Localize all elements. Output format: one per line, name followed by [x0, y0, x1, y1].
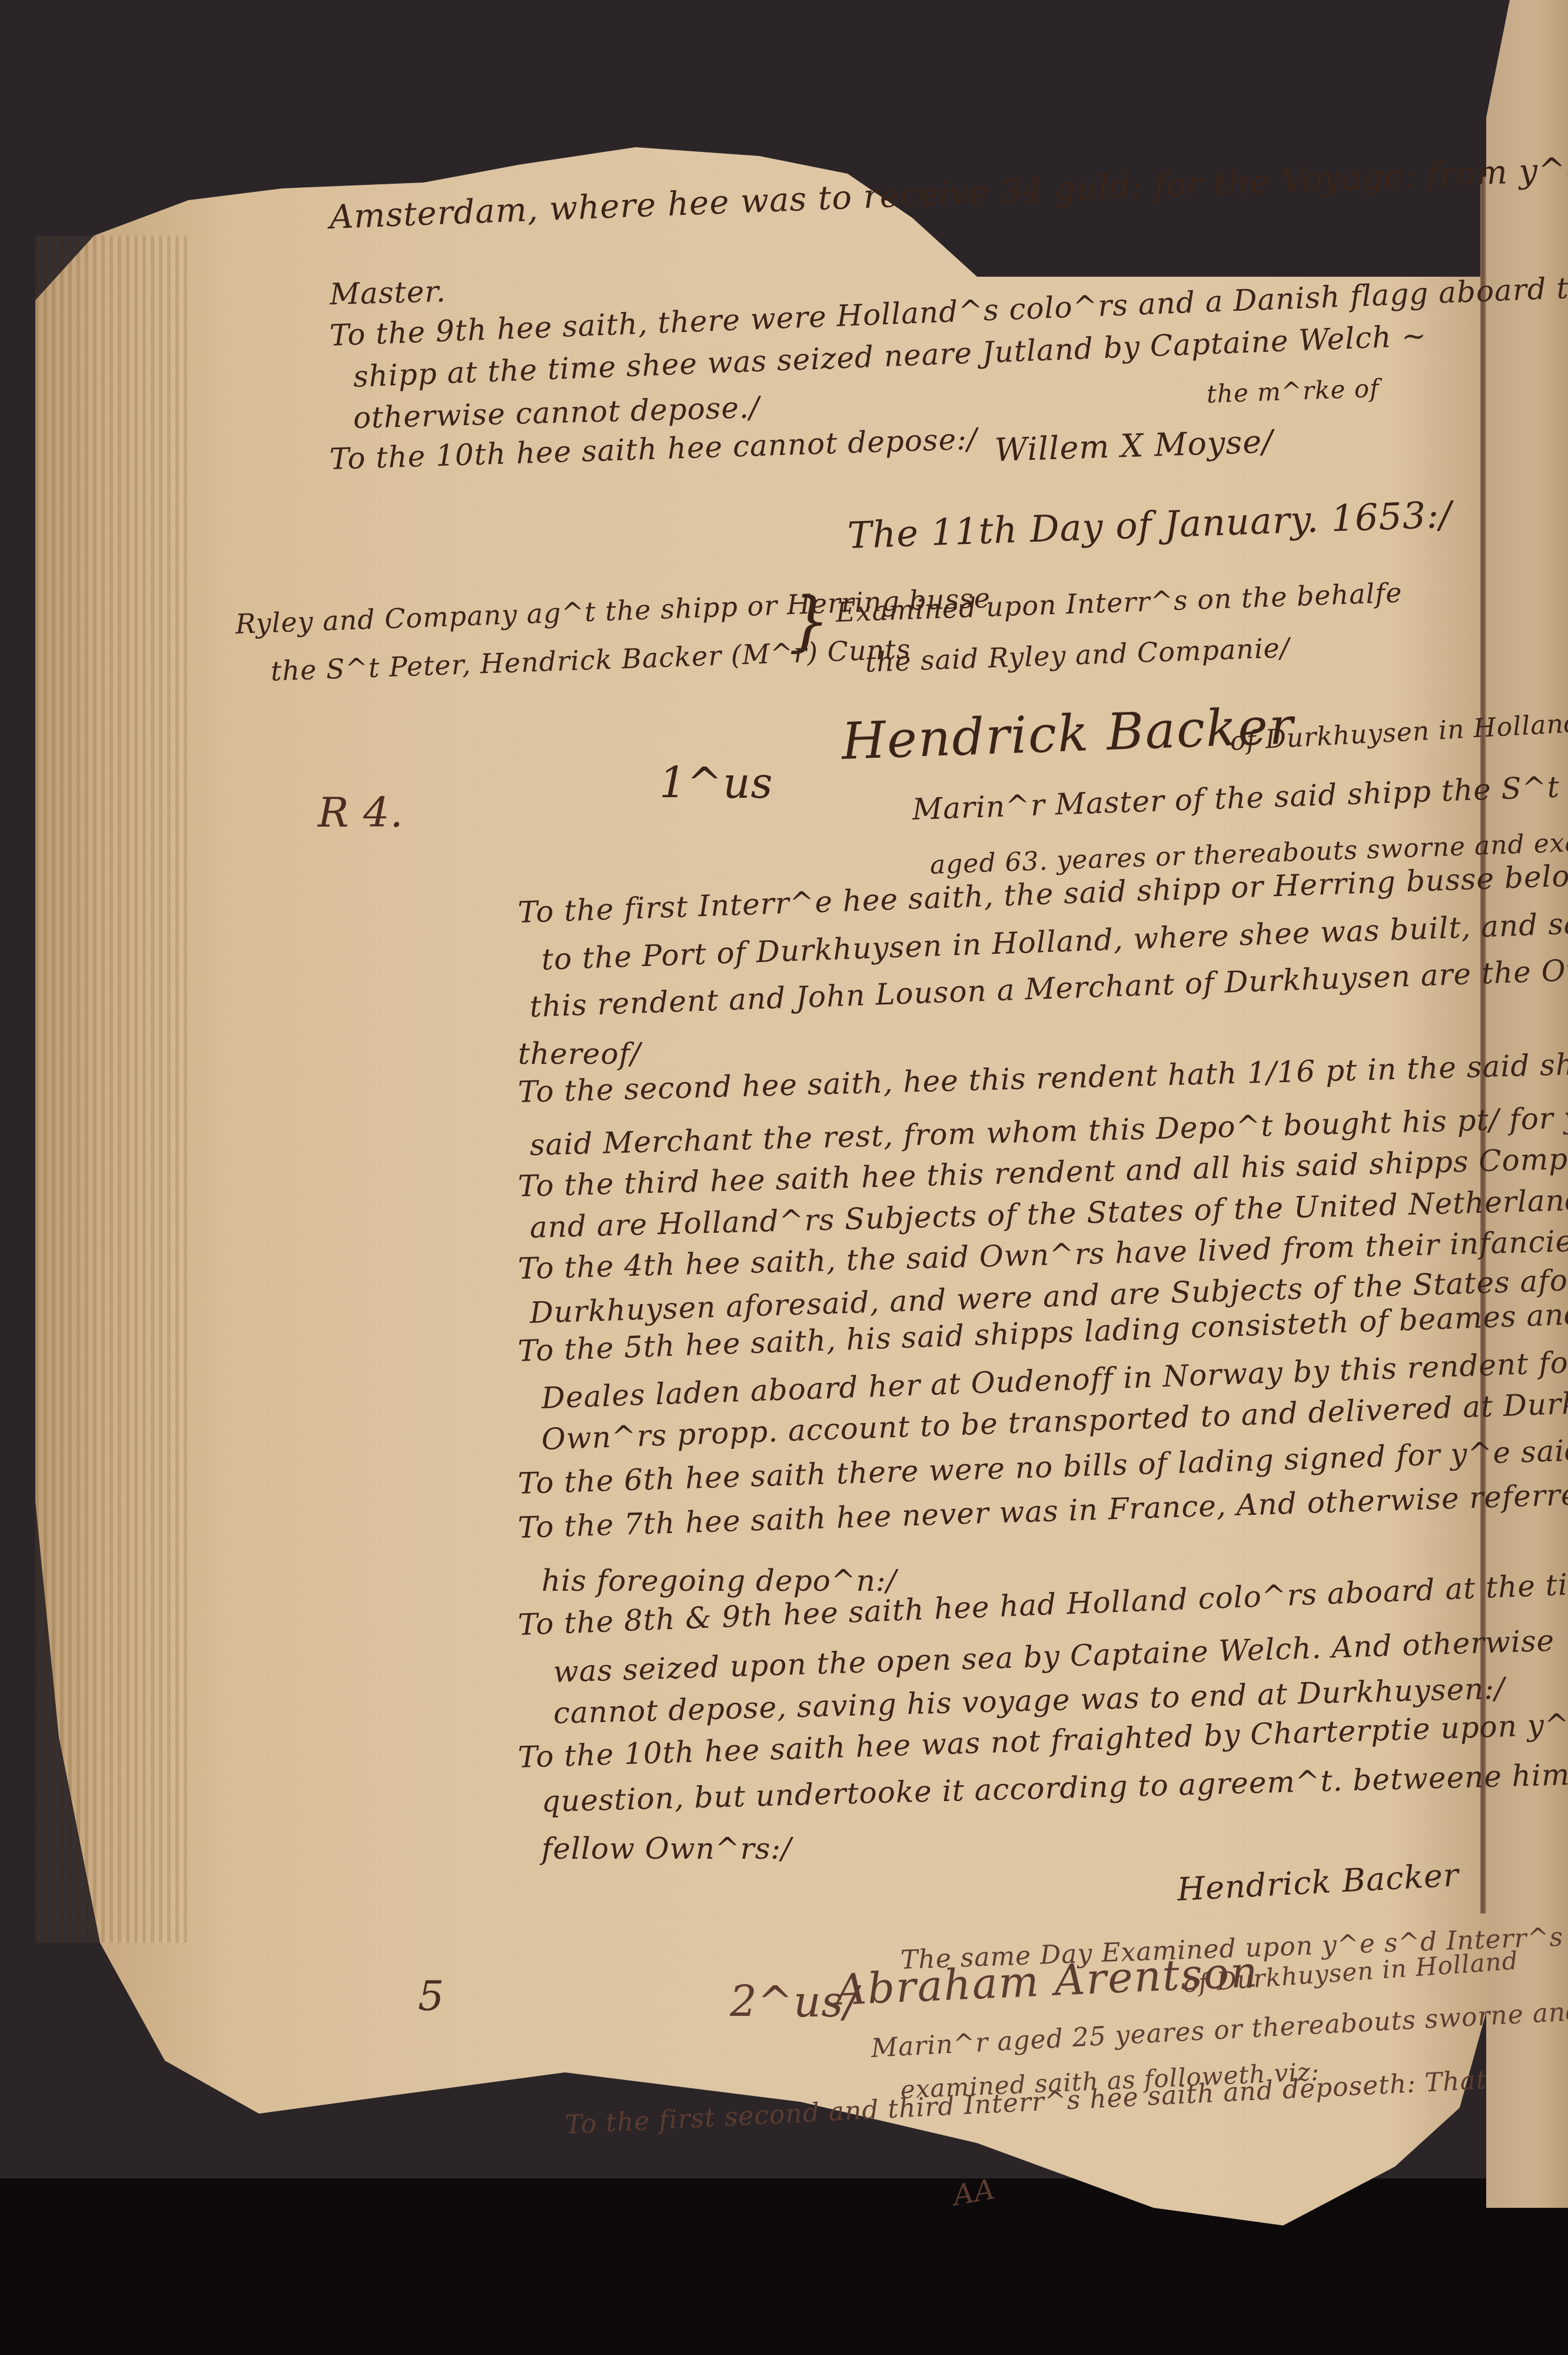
answer-line: thereof/ — [518, 1036, 641, 1072]
signature-willem-moyse: Willem X Moyse/ — [994, 424, 1274, 468]
witness-1-ordinal: 1^us — [659, 765, 773, 801]
witness-1-name: Hendrick Backer — [841, 708, 1295, 759]
answer-line: his foregoing depo^n:/ — [542, 1563, 897, 1598]
signature-mark-aa: AA — [951, 2171, 998, 2213]
answer-line: fellow Own^rs:/ — [542, 1831, 792, 1866]
date-heading: The 11th Day of January. 1653:/ — [847, 497, 1453, 553]
text-line: otherwise cannot depose./ — [353, 390, 760, 436]
signature-hendrick-backer: Hendrick Backer — [1176, 1858, 1460, 1908]
manuscript-text: Amsterdam, where hee was to receive 34 g… — [0, 0, 1568, 2355]
case-caption-right-2: the said Ryley and Companie/ — [865, 630, 1290, 680]
margin-note-5: 5 — [418, 1978, 445, 2014]
margin-note-r4: R 4. — [318, 795, 404, 830]
answer-line: To the second hee saith, hee this renden… — [517, 1041, 1568, 1110]
text-line: Amsterdam, where hee was to receive 34 g… — [329, 152, 1568, 235]
text-line: Marin^r Master of the said shipp the S^t… — [912, 766, 1568, 827]
caption-brace: } — [789, 589, 830, 654]
signature-mark-label: the m^rke of — [1206, 371, 1380, 412]
text-line: Master. — [329, 274, 446, 312]
